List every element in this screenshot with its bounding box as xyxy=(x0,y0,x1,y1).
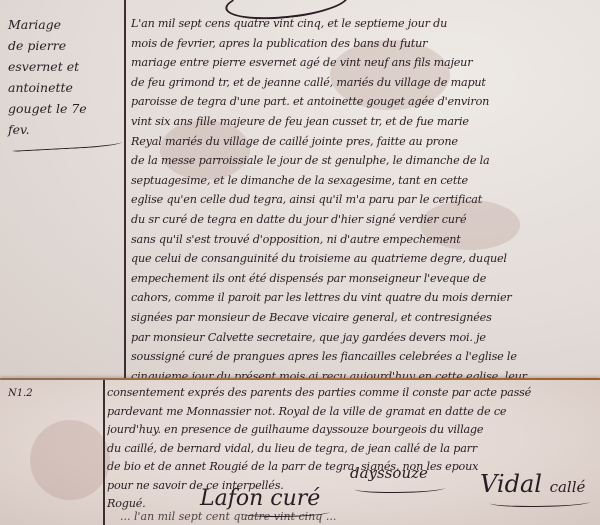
signature-calle: callé xyxy=(550,478,586,496)
entry-line: que celui de consanguinité du troisieme … xyxy=(131,249,593,269)
margin-note: Mariage de pierre esvernet et antoinette… xyxy=(8,14,120,140)
margin-note-line: de pierre xyxy=(8,35,120,56)
paper-stain xyxy=(30,420,110,500)
entry-line: sans qu'il s'est trouvé d'opposition, ni… xyxy=(131,230,593,250)
bottom-margin-mark: N1.2 xyxy=(8,388,33,399)
margin-note-line: esvernet et xyxy=(8,56,120,77)
next-entry-cut-off: ... l'an mil sept cent quatre vint cinq … xyxy=(120,510,336,523)
entry-line: paroisse de tegra d'une part. et antoine… xyxy=(131,92,593,112)
entry-line: vint six ans fille majeure de feu jean c… xyxy=(131,112,593,132)
margin-rule xyxy=(124,0,126,380)
signature-vidal-name: Vidal xyxy=(480,470,542,498)
entry-line: eglise qu'en celle dud tegra, ainsi qu'i… xyxy=(131,190,593,210)
entry-line: signées par monsieur de Becave vicaire g… xyxy=(131,308,593,328)
entry-body-top: L'an mil sept cens quatre vint cinq, et … xyxy=(131,14,593,380)
entry-line: Reyal mariés du village de caillé jointe… xyxy=(131,132,593,152)
entry-line: de feu grimond tr, et de jeanne callé, m… xyxy=(131,73,593,93)
entry-line: mois de fevrier, apres la publication de… xyxy=(131,34,593,54)
entry-line: du caillé, de bernard vidal, du lieu de … xyxy=(107,440,595,459)
signature-vidal: Vidal callé xyxy=(480,470,585,498)
entry-line: par monsieur Calvette secretaire, que ja… xyxy=(131,328,593,348)
signature-dayssouze: dayssouze xyxy=(350,464,428,482)
entry-line: cahors, comme il paroit par les lettres … xyxy=(131,288,593,308)
entry-line: empechement ils ont été dispensés par mo… xyxy=(131,269,593,289)
entry-line: L'an mil sept cens quatre vint cinq, et … xyxy=(131,14,593,34)
entry-line: pardevant me Monnassier not. Royal de la… xyxy=(107,403,595,422)
register-page-top: Mariage de pierre esvernet et antoinette… xyxy=(0,0,600,380)
margin-note-line: Mariage xyxy=(8,14,120,35)
margin-note-line: gouget le 7e xyxy=(8,98,120,119)
entry-line: de la messe parroissiale le jour de st g… xyxy=(131,151,593,171)
entry-line: consentement exprés des parents des part… xyxy=(107,384,595,403)
margin-note-line: antoinette xyxy=(8,77,120,98)
entry-line: jourd'huy. en presence de guilhaume days… xyxy=(107,421,595,440)
entry-line: du sr curé de tegra en datte du jour d'h… xyxy=(131,210,593,230)
entry-line: septuagesime, et le dimanche de la sexag… xyxy=(131,171,593,191)
entry-line: mariage entre pierre esvernet agé de vin… xyxy=(131,53,593,73)
entry-line: soussigné curé de prangues apres les fia… xyxy=(131,347,593,367)
margin-rule xyxy=(103,380,105,525)
